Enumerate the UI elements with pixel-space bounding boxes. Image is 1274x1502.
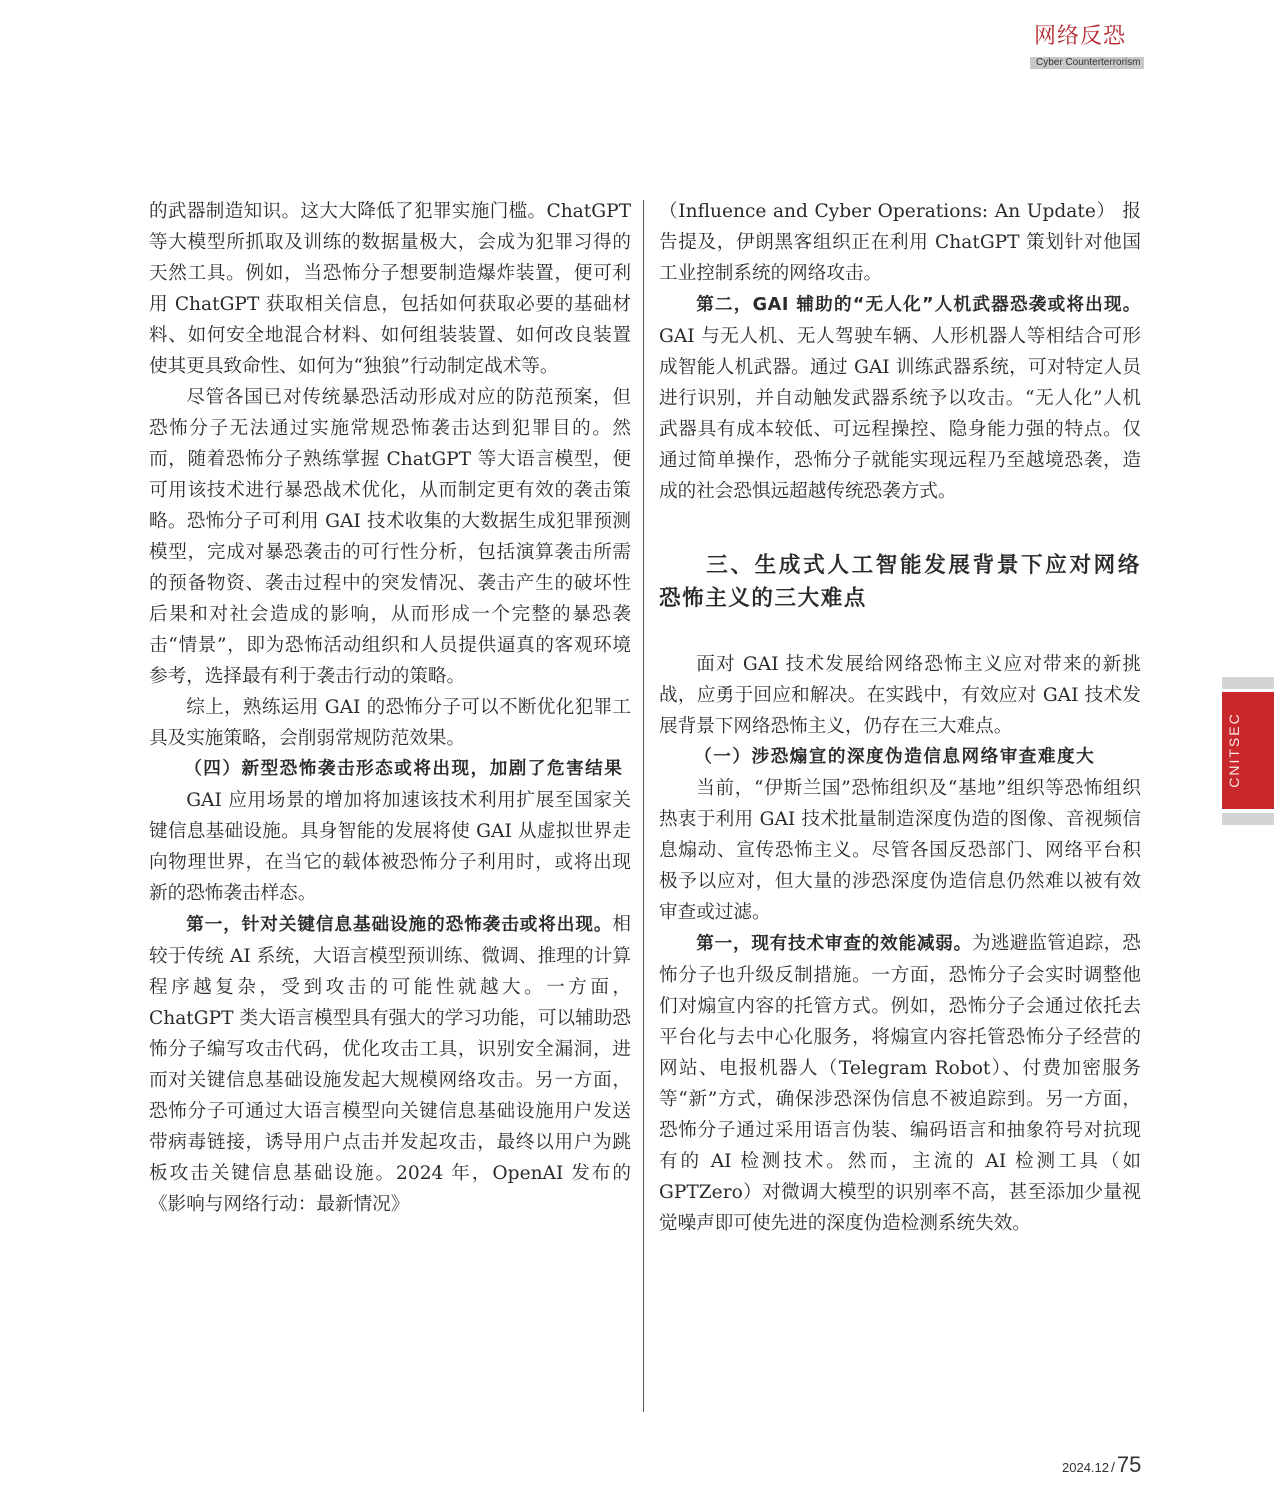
paragraph: 当前，“伊斯兰国”恐怖组织及“基地”组织等恐怖组织热衷于利用 GAI 技术批量制…: [659, 773, 1141, 928]
tab-gray-bar-top: [1222, 677, 1274, 689]
section-heading: 三、生成式人工智能发展背景下应对网络恐怖主义的三大难点: [659, 549, 1141, 615]
column-title: 网络反恐: [1030, 24, 1150, 50]
page-number: 75: [1117, 1452, 1141, 1477]
bold-lead: 第一，针对关键信息基础设施的恐怖袭击或将出现。: [186, 915, 612, 935]
paragraph: （Influence and Cyber Operations: An Upda…: [659, 196, 1141, 289]
side-tab-label: CNITSEC: [1226, 712, 1242, 787]
paragraph: GAI 应用场景的增加将加速该技术利用扩展至国家关键信息基础设施。具身智能的发展…: [149, 785, 631, 909]
bold-lead: 第二，GAI 辅助的“无人化”人机武器恐袭或将出现。: [696, 295, 1141, 315]
paragraph: 的武器制造知识。这大大降低了犯罪实施门槛。ChatGPT 等大模型所抓取及训练的…: [149, 196, 631, 382]
paragraph: 综上，熟练运用 GAI 的恐怖分子可以不断优化犯罪工具及实施策略，会削弱常规防范…: [149, 692, 631, 754]
right-column: （Influence and Cyber Operations: An Upda…: [659, 196, 1141, 1239]
side-thumb-tab: CNITSEC: [1222, 677, 1274, 825]
issue-date: 2024.12: [1062, 1460, 1109, 1475]
column-divider: [643, 200, 644, 1412]
paragraph: 第二，GAI 辅助的“无人化”人机武器恐袭或将出现。GAI 与无人机、无人驾驶车…: [659, 289, 1141, 507]
column-subtitle: Cyber Counterterrorism: [1030, 57, 1144, 69]
paragraph-text: 相较于传统 AI 系统，大语言模型预训练、微调、推理的计算程序越复杂，受到攻击的…: [149, 914, 631, 1215]
journal-column-brand: 网络反恐 Cyber Counterterrorism: [1030, 24, 1150, 69]
footer-separator: /: [1111, 1459, 1115, 1475]
paragraph: 面对 GAI 技术发展给网络恐怖主义应对带来的新挑战，应勇于回应和解决。在实践中…: [659, 649, 1141, 742]
left-column: 的武器制造知识。这大大降低了犯罪实施门槛。ChatGPT 等大模型所抓取及训练的…: [149, 196, 631, 1220]
subsection-heading: （一）涉恐煽宣的深度伪造信息网络审查难度大: [659, 742, 1141, 773]
paragraph-text: GAI 与无人机、无人驾驶车辆、人形机器人等相结合可形成智能人机武器。通过 GA…: [659, 326, 1141, 502]
paragraph: 尽管各国已对传统暴恐活动形成对应的防范预案，但恐怖分子无法通过实施常规恐怖袭击达…: [149, 382, 631, 692]
paragraph-text: 为逃避监管追踪，恐怖分子也升级反制措施。一方面，恐怖分子会实时调整他们对煽宣内容…: [659, 933, 1141, 1234]
tab-gray-bar-bottom: [1222, 813, 1274, 825]
bold-lead: 第一，现有技术审查的效能减弱。: [696, 934, 972, 954]
page-footer: 2024.12/75: [1062, 1452, 1141, 1478]
subsection-heading: （四）新型恐怖袭击形态或将出现，加剧了危害结果: [149, 754, 631, 785]
paragraph: 第一，针对关键信息基础设施的恐怖袭击或将出现。相较于传统 AI 系统，大语言模型…: [149, 909, 631, 1220]
paragraph: 第一，现有技术审查的效能减弱。为逃避监管追踪，恐怖分子也升级反制措施。一方面，恐…: [659, 928, 1141, 1239]
